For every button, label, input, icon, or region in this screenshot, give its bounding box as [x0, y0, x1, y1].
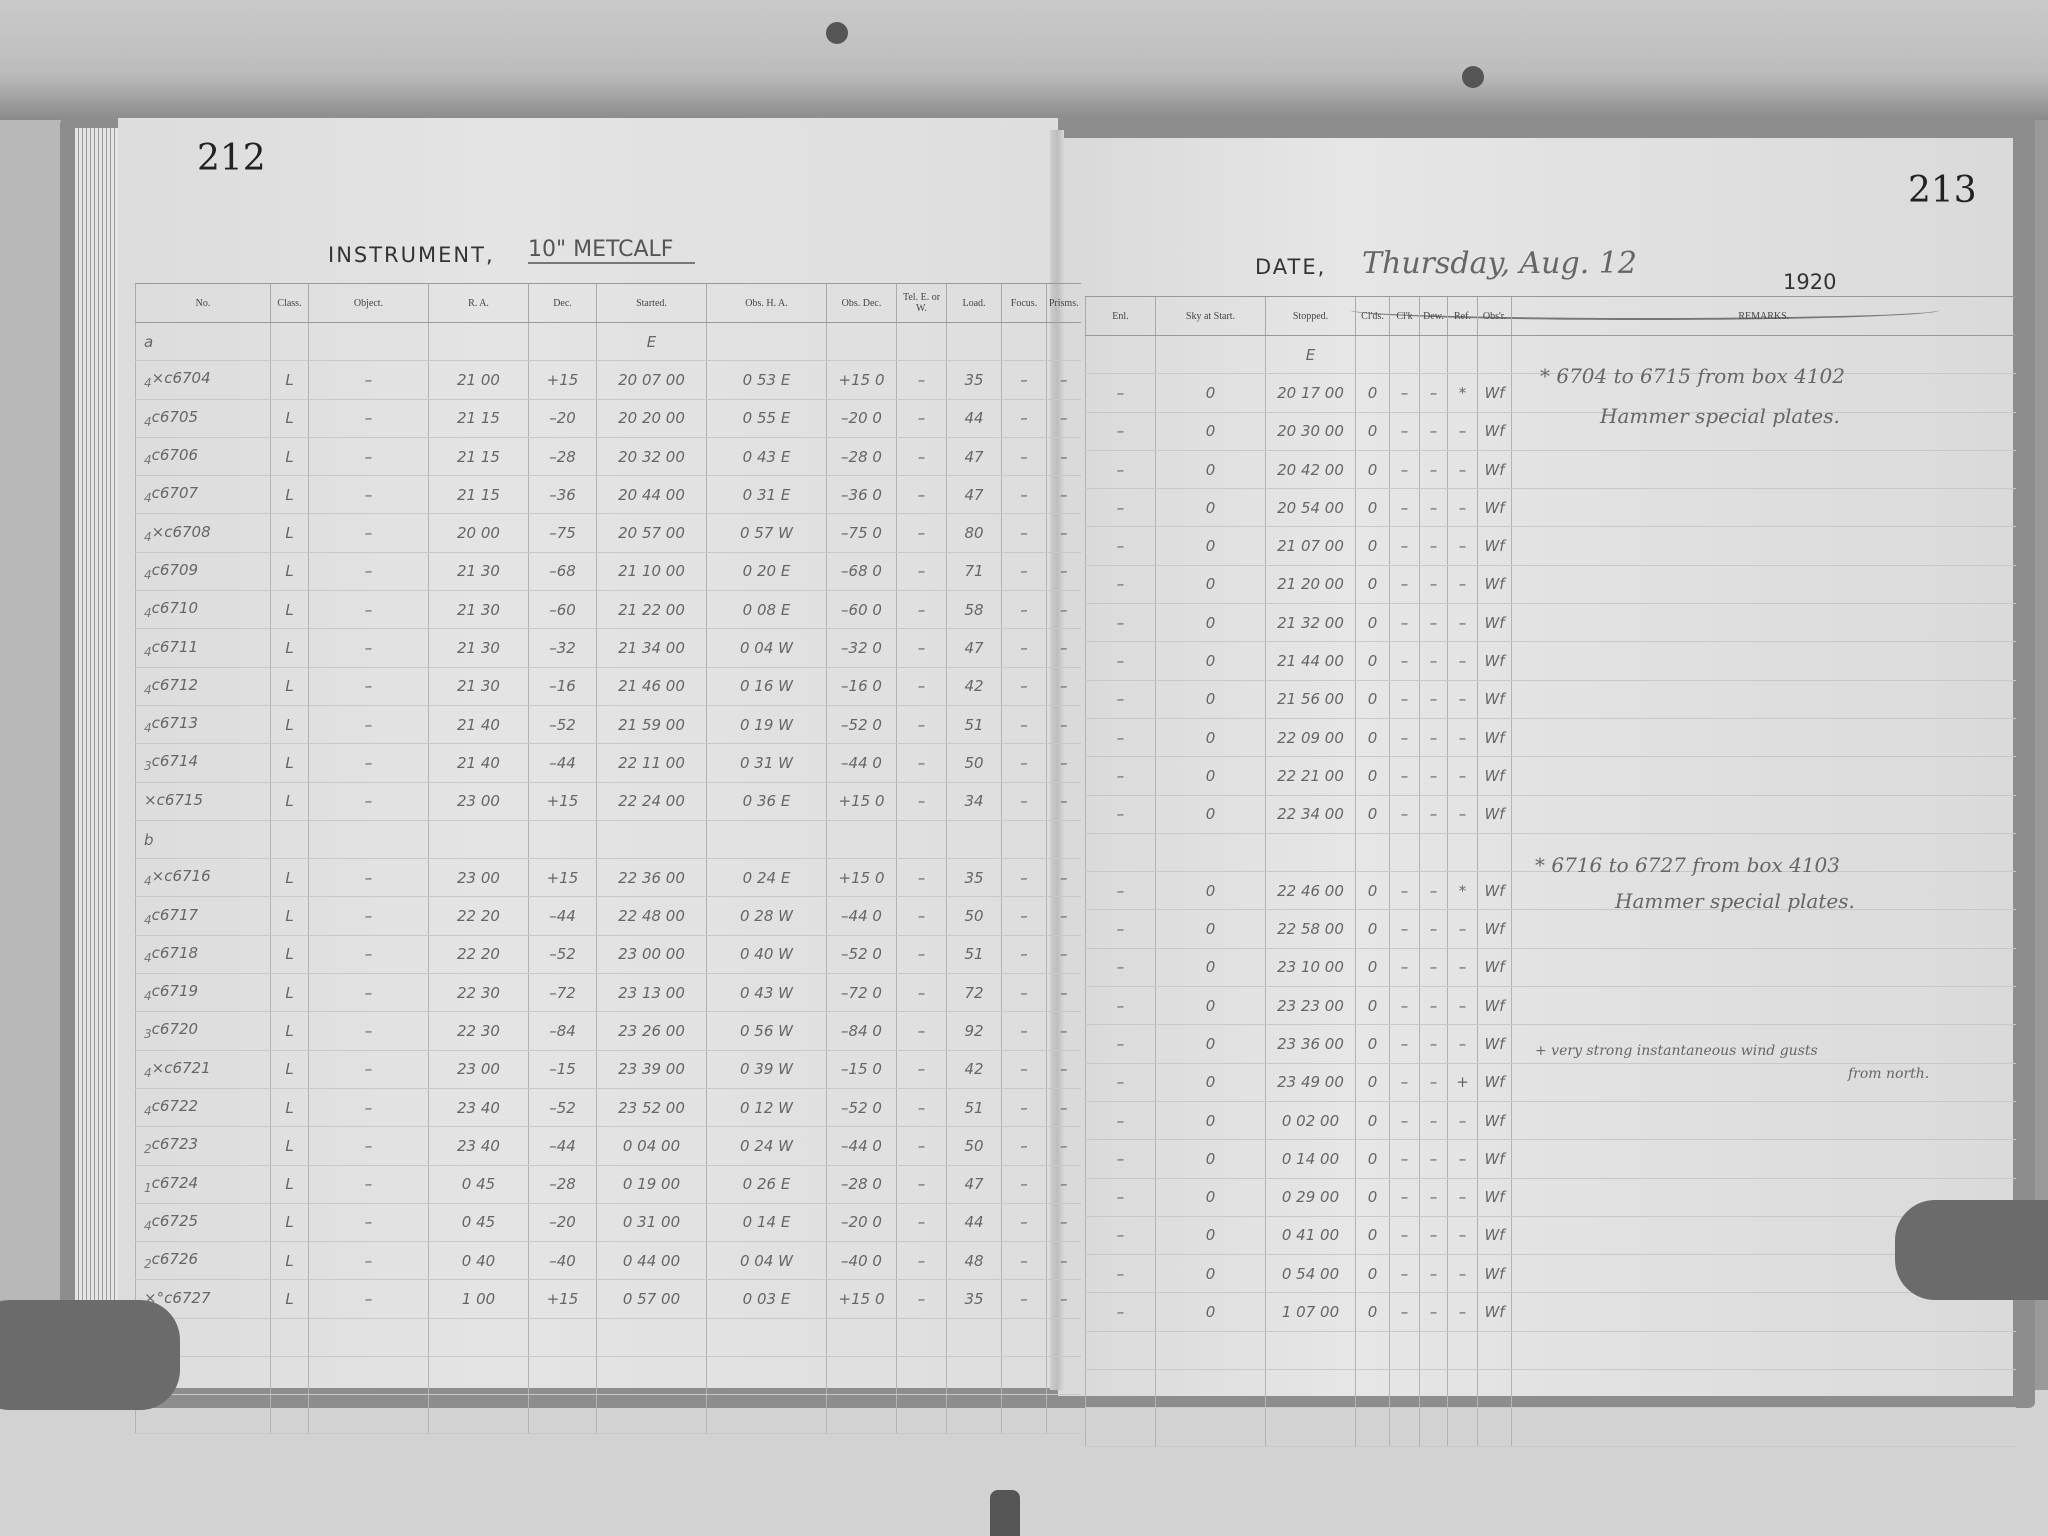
table-row: ×°c6727L–1 00+150 57 000 03 E+15 0–35––: [136, 1280, 1081, 1318]
cell-ra: 21 30: [429, 552, 529, 590]
cell-obsr: Wf: [1478, 642, 1512, 680]
cell-focus: –: [1002, 1203, 1047, 1241]
cell-tel: –: [897, 1203, 947, 1241]
cell-cls: L: [271, 782, 309, 820]
empty-cell: [897, 1357, 947, 1395]
cell-dec: –40: [529, 1242, 597, 1280]
cell-clds: 0: [1356, 1216, 1390, 1254]
cell-clk: –: [1390, 527, 1420, 565]
plate-number: ×c6721: [152, 1059, 211, 1077]
cell-obj: –: [309, 552, 429, 590]
empty-cell: [1448, 833, 1478, 871]
empty-cell: [429, 323, 529, 361]
remarks-cell: [1512, 757, 2016, 795]
cell-dew: –: [1420, 680, 1448, 718]
cell-obsr: Wf: [1478, 795, 1512, 833]
empty-cell: [597, 1318, 707, 1356]
empty-cell: [1086, 336, 1156, 374]
cell-prisms: –: [1047, 667, 1081, 705]
empty-cell: [1448, 336, 1478, 374]
remarks-cell: [1512, 680, 2016, 718]
cell-clk: –: [1390, 489, 1420, 527]
cell-dec: –72: [529, 974, 597, 1012]
empty-cell: [1266, 1408, 1356, 1446]
cell-enl: –: [1086, 1063, 1156, 1101]
cell-dew: –: [1420, 450, 1448, 488]
cell-prisms: –: [1047, 859, 1081, 897]
cell-dec: –52: [529, 705, 597, 743]
right-thumb: [1895, 1200, 2048, 1300]
cell-sky: 0: [1156, 1025, 1266, 1063]
cell-obj: –: [309, 1127, 429, 1165]
cell-ref: –: [1448, 987, 1478, 1025]
table-row: –023 23 000–––Wf: [1086, 987, 2016, 1025]
empty-cell: [271, 323, 309, 361]
cell-ha: 0 40 W: [707, 935, 827, 973]
remarks-cell: [1512, 1101, 2016, 1139]
cell-prisms: –: [1047, 782, 1081, 820]
empty-cell: [597, 1357, 707, 1395]
empty-cell: [1047, 820, 1081, 858]
cell-focus: –: [1002, 1088, 1047, 1126]
plate-number-cell: 2c6726: [136, 1242, 271, 1280]
table-row: 4×c6708L–20 00–7520 57 000 57 W–75 0–80–…: [136, 514, 1081, 552]
table-row: –022 09 000–––Wf: [1086, 718, 2016, 756]
cell-started: 20 20 00: [597, 399, 707, 437]
cell-started: 21 10 00: [597, 552, 707, 590]
cell-load: 47: [947, 476, 1002, 514]
cell-ref: *: [1448, 374, 1478, 412]
empty-cell: [897, 1318, 947, 1356]
cell-started: 23 52 00: [597, 1088, 707, 1126]
empty-cell: [597, 1395, 707, 1433]
cell-ra: 21 15: [429, 476, 529, 514]
cell-enl: –: [1086, 1025, 1156, 1063]
cell-sky: 0: [1156, 1063, 1266, 1101]
group-label-row: aE: [136, 323, 1081, 361]
column-header: Ref.: [1448, 297, 1478, 336]
empty-cell: [271, 1318, 309, 1356]
cell-sky: 0: [1156, 527, 1266, 565]
cell-clds: 0: [1356, 680, 1390, 718]
cell-obj: –: [309, 514, 429, 552]
empty-cell: [947, 323, 1002, 361]
cell-ha: 0 12 W: [707, 1088, 827, 1126]
cell-dew: –: [1420, 527, 1448, 565]
table-row: 4c6711L–21 30–3221 34 000 04 W–32 0–47––: [136, 629, 1081, 667]
cell-cls: L: [271, 1050, 309, 1088]
cell-prisms: –: [1047, 1242, 1081, 1280]
cell-obsr: Wf: [1478, 1216, 1512, 1254]
empty-cell: [1356, 1331, 1390, 1369]
empty-cell: [897, 820, 947, 858]
cell-tel: –: [897, 1050, 947, 1088]
cell-stopped: 0 29 00: [1266, 1178, 1356, 1216]
cell-prisms: –: [1047, 897, 1081, 935]
table-row: ×c6715L–23 00+1522 24 000 36 E+15 0–34––: [136, 782, 1081, 820]
cell-dew: –: [1420, 1255, 1448, 1293]
column-header: Object.: [309, 284, 429, 323]
cell-obsdec: –52 0: [827, 1088, 897, 1126]
cell-ra: 21 15: [429, 437, 529, 475]
cell-ref: –: [1448, 527, 1478, 565]
table-row: 2c6723L–23 40–440 04 000 24 W–44 0–50––: [136, 1127, 1081, 1165]
cell-obsdec: –68 0: [827, 552, 897, 590]
cell-dec: –15: [529, 1050, 597, 1088]
cell-load: 51: [947, 1088, 1002, 1126]
cell-enl: –: [1086, 1101, 1156, 1139]
cell-clk: –: [1390, 1178, 1420, 1216]
left-thumb: [0, 1300, 180, 1410]
cell-enl: –: [1086, 642, 1156, 680]
cell-started: 23 13 00: [597, 974, 707, 1012]
left-header-row: No.Class.Object.R. A.Dec.Started.Obs. H.…: [136, 284, 1081, 323]
cell-enl: –: [1086, 489, 1156, 527]
cell-ref: –: [1448, 1293, 1478, 1331]
cell-sky: 0: [1156, 450, 1266, 488]
empty-cell: [947, 1357, 1002, 1395]
cell-ha: 0 24 E: [707, 859, 827, 897]
empty-cell: [1390, 833, 1420, 871]
cell-load: 50: [947, 1127, 1002, 1165]
group-label-row: b: [136, 820, 1081, 858]
empty-cell: [1156, 1408, 1266, 1446]
cell-started: 0 57 00: [597, 1280, 707, 1318]
remark-note-1-line-1: * 6704 to 6715 from box 4102: [1540, 364, 1845, 388]
cell-tel: –: [897, 1127, 947, 1165]
cell-obj: –: [309, 974, 429, 1012]
left-ledger-table: No.Class.Object.R. A.Dec.Started.Obs. H.…: [135, 283, 1081, 1434]
remarks-cell: [1512, 718, 2016, 756]
empty-cell: [1420, 1370, 1448, 1408]
column-header: Obs. H. A.: [707, 284, 827, 323]
cell-clk: –: [1390, 757, 1420, 795]
table-row: 3c6720L–22 30–8423 26 000 56 W–84 0–92––: [136, 1012, 1081, 1050]
remarks-header: REMARKS.: [1512, 297, 2016, 336]
plate-prefix: 2: [144, 1257, 152, 1271]
cell-ra: 21 00: [429, 361, 529, 399]
remarks-cell: [1512, 527, 2016, 565]
cell-prisms: –: [1047, 1050, 1081, 1088]
cell-tel: –: [897, 667, 947, 705]
cell-clds: 0: [1356, 374, 1390, 412]
cell-tel: –: [897, 744, 947, 782]
empty-cell: [529, 1395, 597, 1433]
cell-ha: 0 43 W: [707, 974, 827, 1012]
cell-load: 50: [947, 744, 1002, 782]
cell-focus: –: [1002, 897, 1047, 935]
empty-cell: [827, 1318, 897, 1356]
column-header: Load.: [947, 284, 1002, 323]
plate-number-cell: 4×c6708: [136, 514, 271, 552]
cell-sky: 0: [1156, 565, 1266, 603]
column-mark: E: [1266, 336, 1356, 374]
plate-number-cell: 4c6711: [136, 629, 271, 667]
plate-prefix: 4: [144, 415, 152, 429]
empty-cell: [1356, 336, 1390, 374]
cell-dec: –52: [529, 935, 597, 973]
plate-prefix: 4: [144, 989, 152, 1003]
cell-ra: 1 00: [429, 1280, 529, 1318]
wooden-board: [0, 0, 2048, 120]
plate-number-cell: 4c6705: [136, 399, 271, 437]
cell-ra: 20 00: [429, 514, 529, 552]
empty-cell: [429, 1395, 529, 1433]
cell-obsr: Wf: [1478, 565, 1512, 603]
cell-ha: 0 04 W: [707, 629, 827, 667]
cell-sky: 0: [1156, 1140, 1266, 1178]
cell-obsr: Wf: [1478, 1293, 1512, 1331]
cell-obsdec: –36 0: [827, 476, 897, 514]
empty-cell: [309, 1357, 429, 1395]
plate-number-cell: 4×c6721: [136, 1050, 271, 1088]
cell-ref: –: [1448, 1178, 1478, 1216]
cell-sky: 0: [1156, 795, 1266, 833]
cell-obj: –: [309, 361, 429, 399]
cell-obsdec: –72 0: [827, 974, 897, 1012]
cell-cls: L: [271, 476, 309, 514]
cell-ra: 21 40: [429, 705, 529, 743]
remarks-cell: [1512, 450, 2016, 488]
column-header: Dec.: [529, 284, 597, 323]
cell-sky: 0: [1156, 718, 1266, 756]
empty-cell: [1448, 1331, 1478, 1369]
cell-tel: –: [897, 437, 947, 475]
cell-started: 23 00 00: [597, 935, 707, 973]
cell-dew: –: [1420, 987, 1448, 1025]
plate-prefix: 4: [144, 683, 152, 697]
cell-stopped: 23 36 00: [1266, 1025, 1356, 1063]
cell-obsdec: –60 0: [827, 591, 897, 629]
cell-obj: –: [309, 782, 429, 820]
cell-obsr: Wf: [1478, 604, 1512, 642]
cell-cls: L: [271, 1203, 309, 1241]
empty-cell: [1448, 1408, 1478, 1446]
cell-prisms: –: [1047, 629, 1081, 667]
cell-load: 72: [947, 974, 1002, 1012]
cell-cls: L: [271, 437, 309, 475]
cell-dew: –: [1420, 489, 1448, 527]
cell-focus: –: [1002, 476, 1047, 514]
plate-number: c6710: [152, 599, 198, 617]
cell-clds: 0: [1356, 450, 1390, 488]
cell-obsdec: +15 0: [827, 859, 897, 897]
cell-obsdec: –28 0: [827, 1165, 897, 1203]
column-header: Obs'r.: [1478, 297, 1512, 336]
cell-dew: –: [1420, 1216, 1448, 1254]
cell-ha: 0 20 E: [707, 552, 827, 590]
cell-stopped: 0 54 00: [1266, 1255, 1356, 1293]
cell-clk: –: [1390, 987, 1420, 1025]
plate-number-cell: 4c6710: [136, 591, 271, 629]
empty-cell: [1086, 1370, 1156, 1408]
cell-prisms: –: [1047, 591, 1081, 629]
plate-number: c6717: [152, 906, 198, 924]
cell-ref: –: [1448, 1140, 1478, 1178]
cell-focus: –: [1002, 667, 1047, 705]
cell-sky: 0: [1156, 910, 1266, 948]
cell-started: 20 32 00: [597, 437, 707, 475]
empty-cell: [1156, 336, 1266, 374]
cell-ra: 23 40: [429, 1088, 529, 1126]
cell-enl: –: [1086, 718, 1156, 756]
cell-load: 92: [947, 1012, 1002, 1050]
remarks-cell: [1512, 1140, 2016, 1178]
cell-obsr: Wf: [1478, 757, 1512, 795]
cell-ref: –: [1448, 795, 1478, 833]
plate-number-cell: 4c6712: [136, 667, 271, 705]
cell-sky: 0: [1156, 1216, 1266, 1254]
table-row: –00 41 000–––Wf: [1086, 1216, 2016, 1254]
column-header: Cl'k: [1390, 297, 1420, 336]
group-label-row: [136, 1318, 1081, 1356]
cell-dew: –: [1420, 1140, 1448, 1178]
cell-enl: –: [1086, 680, 1156, 718]
plate-prefix: 3: [144, 759, 152, 773]
cell-obsdec: –28 0: [827, 437, 897, 475]
cell-obsdec: –15 0: [827, 1050, 897, 1088]
cell-tel: –: [897, 1012, 947, 1050]
cell-obj: –: [309, 744, 429, 782]
cell-focus: –: [1002, 782, 1047, 820]
cell-clds: 0: [1356, 604, 1390, 642]
cell-load: 51: [947, 935, 1002, 973]
cell-focus: –: [1002, 935, 1047, 973]
cell-stopped: 21 56 00: [1266, 680, 1356, 718]
cell-clk: –: [1390, 910, 1420, 948]
cell-ra: 21 30: [429, 629, 529, 667]
cell-cls: L: [271, 935, 309, 973]
cell-prisms: –: [1047, 1088, 1081, 1126]
cell-dec: –44: [529, 1127, 597, 1165]
cell-cls: L: [271, 744, 309, 782]
plate-number: c6709: [152, 561, 198, 579]
cell-dec: +15: [529, 859, 597, 897]
cell-load: 71: [947, 552, 1002, 590]
table-row: –00 02 000–––Wf: [1086, 1101, 2016, 1139]
cell-ra: 22 30: [429, 1012, 529, 1050]
cell-cls: L: [271, 859, 309, 897]
empty-cell: [271, 820, 309, 858]
cell-cls: L: [271, 897, 309, 935]
cell-started: 21 22 00: [597, 591, 707, 629]
cell-dec: –32: [529, 629, 597, 667]
table-row: 4c6725L–0 45–200 31 000 14 E–20 0–44––: [136, 1203, 1081, 1241]
cell-load: 44: [947, 1203, 1002, 1241]
table-row: –020 54 000–––Wf: [1086, 489, 2016, 527]
cell-started: 0 44 00: [597, 1242, 707, 1280]
empty-cell: [897, 323, 947, 361]
plate-prefix: 4: [144, 913, 152, 927]
table-row: –022 46 000––*Wf: [1086, 872, 2016, 910]
cell-tel: –: [897, 476, 947, 514]
cell-cls: L: [271, 974, 309, 1012]
cell-started: 0 31 00: [597, 1203, 707, 1241]
cell-stopped: 22 46 00: [1266, 872, 1356, 910]
wood-knot: [1462, 66, 1484, 88]
empty-cell: [1356, 1408, 1390, 1446]
cell-clk: –: [1390, 642, 1420, 680]
table-row: –00 54 000–––Wf: [1086, 1255, 2016, 1293]
plate-number-cell: 4c6722: [136, 1088, 271, 1126]
cell-stopped: 0 14 00: [1266, 1140, 1356, 1178]
empty-cell: [1047, 323, 1081, 361]
cell-cls: L: [271, 1280, 309, 1318]
cell-started: 22 36 00: [597, 859, 707, 897]
cell-obj: –: [309, 705, 429, 743]
table-row: 4c6705L–21 15–2020 20 000 55 E–20 0–44––: [136, 399, 1081, 437]
cell-focus: –: [1002, 399, 1047, 437]
cell-load: 42: [947, 1050, 1002, 1088]
cell-clds: 0: [1356, 1255, 1390, 1293]
cell-stopped: 21 32 00: [1266, 604, 1356, 642]
cell-ha: 0 39 W: [707, 1050, 827, 1088]
table-row: 4×c6721L–23 00–1523 39 000 39 W–15 0–42–…: [136, 1050, 1081, 1088]
cell-ref: –: [1448, 680, 1478, 718]
plate-number: ×c6708: [152, 523, 211, 541]
empty-cell: [947, 1318, 1002, 1356]
cell-obsdec: –44 0: [827, 1127, 897, 1165]
table-row: 4×c6704L–21 00+1520 07 000 53 E+15 0–35–…: [136, 361, 1081, 399]
cell-tel: –: [897, 782, 947, 820]
cell-obj: –: [309, 1203, 429, 1241]
cell-obsr: Wf: [1478, 1178, 1512, 1216]
table-row: –022 21 000–––Wf: [1086, 757, 2016, 795]
cell-ha: 0 56 W: [707, 1012, 827, 1050]
table-row: –021 32 000–––Wf: [1086, 604, 2016, 642]
cell-cls: L: [271, 667, 309, 705]
group-label: a: [136, 323, 271, 361]
table-row: –00 14 000–––Wf: [1086, 1140, 2016, 1178]
empty-cell: [1266, 1331, 1356, 1369]
plate-number: c6719: [152, 982, 198, 1000]
group-label-row: [1086, 1408, 2016, 1446]
plate-number: ×c6715: [144, 791, 203, 809]
cell-ha: 0 43 E: [707, 437, 827, 475]
cell-ha: 0 57 W: [707, 514, 827, 552]
cell-obsr: Wf: [1478, 948, 1512, 986]
empty-cell: [707, 1395, 827, 1433]
plate-prefix: 4: [144, 721, 152, 735]
cell-ra: 22 20: [429, 935, 529, 973]
cell-tel: –: [897, 514, 947, 552]
cell-ref: –: [1448, 948, 1478, 986]
cell-tel: –: [897, 859, 947, 897]
cell-tel: –: [897, 1242, 947, 1280]
column-header: R. A.: [429, 284, 529, 323]
cell-tel: –: [897, 897, 947, 935]
cell-tel: –: [897, 935, 947, 973]
cell-obsr: Wf: [1478, 1063, 1512, 1101]
empty-cell: [1390, 1331, 1420, 1369]
cell-ha: 0 16 W: [707, 667, 827, 705]
cell-dec: –75: [529, 514, 597, 552]
cell-tel: –: [897, 1088, 947, 1126]
cell-sky: 0: [1156, 412, 1266, 450]
cell-stopped: 21 44 00: [1266, 642, 1356, 680]
cell-load: 47: [947, 437, 1002, 475]
empty-cell: [1086, 1331, 1156, 1369]
cell-clds: 0: [1356, 718, 1390, 756]
cell-dec: –52: [529, 1088, 597, 1126]
cell-enl: –: [1086, 604, 1156, 642]
cell-stopped: 1 07 00: [1266, 1293, 1356, 1331]
cell-clk: –: [1390, 680, 1420, 718]
cell-enl: –: [1086, 795, 1156, 833]
cell-stopped: 21 07 00: [1266, 527, 1356, 565]
remark-note-2-line-2: Hammer special plates.: [1615, 889, 1855, 913]
cell-prisms: –: [1047, 1165, 1081, 1203]
